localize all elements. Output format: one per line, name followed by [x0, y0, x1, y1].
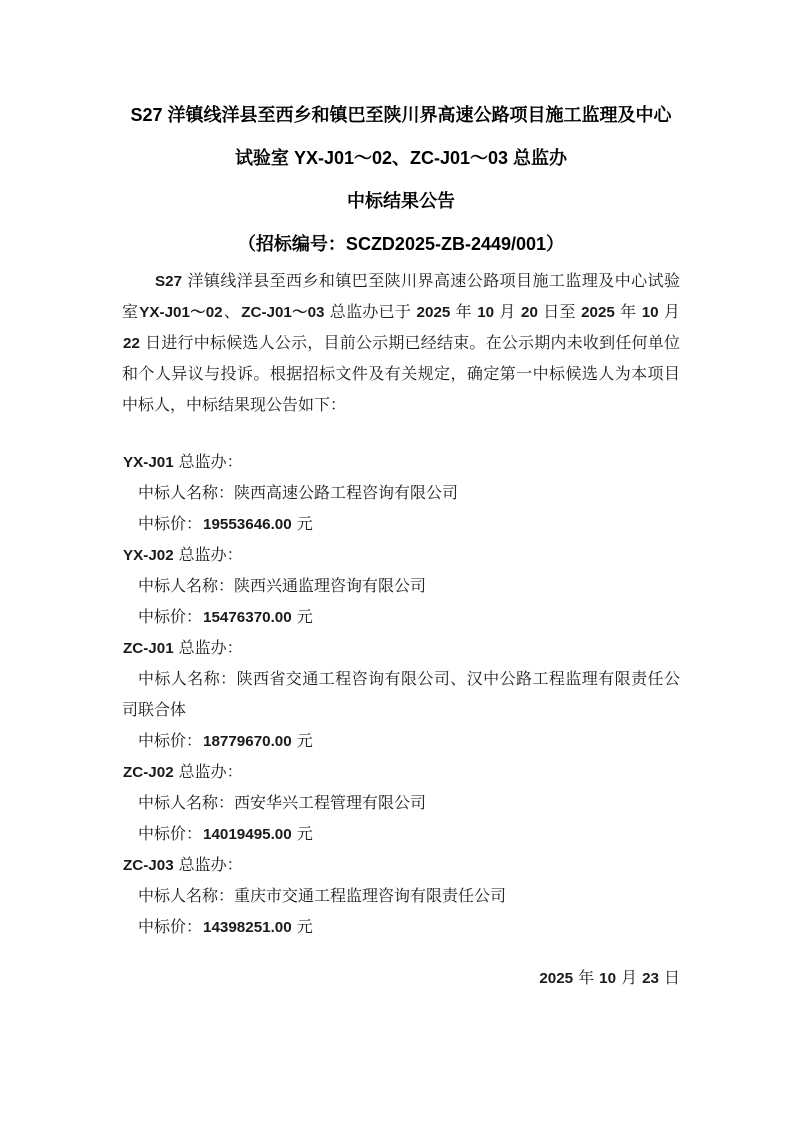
price-line: 中标价：19553646.00 元: [122, 509, 680, 540]
winner-line: 中标人名称：陕西高速公路工程咨询有限公司: [122, 478, 680, 509]
results-list: YX-J01 总监办： 中标人名称：陕西高速公路工程咨询有限公司 中标价：195…: [122, 447, 680, 943]
lot-label: ZC-J01 总监办：: [122, 640, 243, 657]
lot-heading: ZC-J02 总监办：: [122, 757, 680, 788]
winner-label: 中标人名称：: [138, 795, 234, 812]
lot-heading: YX-J01 总监办：: [122, 447, 680, 478]
price-label: 中标价：: [138, 733, 202, 750]
bid-result-section: YX-J01 总监办： 中标人名称：陕西高速公路工程咨询有限公司 中标价：195…: [122, 447, 680, 540]
price-label: 中标价：: [138, 826, 202, 843]
bid-result-section: YX-J02 总监办： 中标人名称：陕西兴通监理咨询有限公司 中标价：15476…: [122, 540, 680, 633]
lot-label: ZC-J02 总监办：: [122, 764, 243, 781]
document-title-line-2: 试验室 YX-J01～02、ZC-J01～03 总监办: [122, 137, 680, 180]
announcement-date: 2025 年 10 月 23 日: [122, 963, 680, 994]
winner-name: 重庆市交通工程监理咨询有限责任公司: [234, 888, 506, 905]
lot-label: YX-J02 总监办：: [122, 547, 243, 564]
document-page: S27 洋镇线洋县至西乡和镇巴至陕川界高速公路项目施工监理及中心 试验室 YX-…: [0, 0, 793, 1122]
winner-line: 中标人名称：重庆市交通工程监理咨询有限责任公司: [122, 881, 680, 912]
document-header: S27 洋镇线洋县至西乡和镇巴至陕川界高速公路项目施工监理及中心 试验室 YX-…: [122, 94, 680, 266]
price-label: 中标价：: [138, 516, 202, 533]
price-label: 中标价：: [138, 609, 202, 626]
price-value: 15476370.00 元: [202, 609, 313, 626]
lot-label: YX-J01 总监办：: [122, 454, 243, 471]
bid-result-section: ZC-J02 总监办： 中标人名称：西安华兴工程管理有限公司 中标价：14019…: [122, 757, 680, 850]
price-value: 19553646.00 元: [202, 516, 313, 533]
lot-label: ZC-J03 总监办：: [122, 857, 243, 874]
bid-result-section: ZC-J03 总监办： 中标人名称：重庆市交通工程监理咨询有限责任公司 中标价：…: [122, 850, 680, 943]
winner-label: 中标人名称：: [138, 888, 234, 905]
price-line: 中标价：15476370.00 元: [122, 602, 680, 633]
lot-heading: ZC-J03 总监办：: [122, 850, 680, 881]
price-label: 中标价：: [138, 919, 202, 936]
price-value: 14398251.00 元: [202, 919, 313, 936]
price-line: 中标价：14019495.00 元: [122, 819, 680, 850]
tender-number-line: （招标编号：SCZD2025-ZB-2449/001）: [122, 223, 680, 266]
document-title-line-1: S27 洋镇线洋县至西乡和镇巴至陕川界高速公路项目施工监理及中心: [122, 94, 680, 137]
bid-result-section: ZC-J01 总监办： 中标人名称：陕西省交通工程咨询有限公司、汉中公路工程监理…: [122, 633, 680, 757]
document-subtitle: 中标结果公告: [122, 180, 680, 223]
price-value: 18779670.00 元: [202, 733, 313, 750]
winner-label: 中标人名称：: [138, 671, 237, 688]
winner-name: 西安华兴工程管理有限公司: [234, 795, 426, 812]
winner-line: 中标人名称：陕西省交通工程咨询有限公司、汉中公路工程监理有限责任公司联合体: [122, 664, 680, 726]
price-line: 中标价：18779670.00 元: [122, 726, 680, 757]
winner-name: 陕西高速公路工程咨询有限公司: [234, 485, 458, 502]
winner-label: 中标人名称：: [138, 485, 234, 502]
lot-heading: ZC-J01 总监办：: [122, 633, 680, 664]
intro-paragraph: S27 洋镇线洋县至西乡和镇巴至陕川界高速公路项目施工监理及中心试验室YX-J0…: [122, 266, 680, 421]
lot-heading: YX-J02 总监办：: [122, 540, 680, 571]
winner-label: 中标人名称：: [138, 578, 234, 595]
winner-line: 中标人名称：陕西兴通监理咨询有限公司: [122, 571, 680, 602]
price-value: 14019495.00 元: [202, 826, 313, 843]
winner-line: 中标人名称：西安华兴工程管理有限公司: [122, 788, 680, 819]
winner-name: 陕西兴通监理咨询有限公司: [234, 578, 426, 595]
price-line: 中标价：14398251.00 元: [122, 912, 680, 943]
